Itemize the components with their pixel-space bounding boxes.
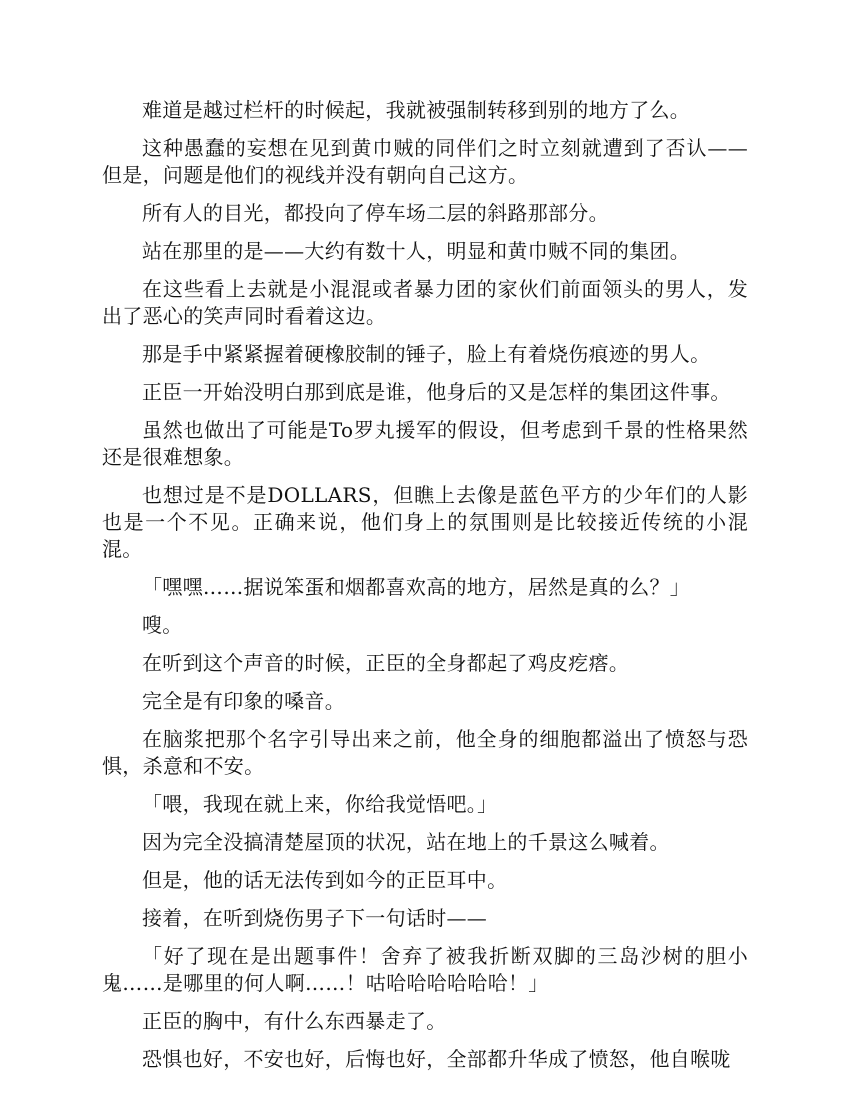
paragraph: 这种愚蠢的妄想在见到黄巾贼的同伴们之时立刻就遭到了否认——但是，问题是他们的视线… (102, 135, 748, 189)
paragraph: 难道是越过栏杆的时候起，我就被强制转移到别的地方了么。 (102, 97, 748, 124)
paragraph: 接着，在听到烧伤男子下一句话时—— (102, 905, 748, 932)
dialogue-paragraph: 「喂，我现在就上来，你给我觉悟吧。」 (102, 791, 748, 818)
paragraph: 因为完全没搞清楚屋顶的状况，站在地上的千景这么喊着。 (102, 829, 748, 856)
paragraph: 恐惧也好，不安也好，后悔也好，全部都升华成了愤怒，他自喉咙 (102, 1046, 748, 1073)
paragraph: 完全是有印象的嗓音。 (102, 688, 748, 715)
paragraph: 嗖。 (102, 612, 748, 639)
dialogue-paragraph: 「嘿嘿……据说笨蛋和烟都喜欢高的地方，居然是真的么？」 (102, 574, 748, 601)
paragraph: 在脑浆把那个名字引导出来之前，他全身的细胞都溢出了愤怒与恐惧，杀意和不安。 (102, 726, 748, 780)
paragraph: 那是手中紧紧握着硬橡胶制的锤子，脸上有着烧伤痕迹的男人。 (102, 341, 748, 368)
dialogue-paragraph: 「好了现在是出题事件！舍弃了被我折断双脚的三岛沙树的胆小鬼……是哪里的何人啊……… (102, 943, 748, 997)
paragraph: 虽然也做出了可能是To罗丸援军的假设，但考虑到千景的性格果然还是很难想象。 (102, 417, 748, 471)
paragraph: 在听到这个声音的时候，正臣的全身都起了鸡皮疙瘩。 (102, 650, 748, 677)
paragraph: 在这些看上去就是小混混或者暴力团的家伙们前面领头的男人，发出了恶心的笑声同时看着… (102, 276, 748, 330)
paragraph: 但是，他的话无法传到如今的正臣耳中。 (102, 867, 748, 894)
paragraph: 也想过是不是DOLLARS，但瞧上去像是蓝色平方的少年们的人影也是一个不见。正确… (102, 482, 748, 563)
paragraph: 正臣的胸中，有什么东西暴走了。 (102, 1008, 748, 1035)
paragraph: 正臣一开始没明白那到底是谁，他身后的又是怎样的集团这件事。 (102, 379, 748, 406)
document-page: 难道是越过栏杆的时候起，我就被强制转移到别的地方了么。 这种愚蠢的妄想在见到黄巾… (102, 97, 748, 1084)
paragraph: 所有人的目光，都投向了停车场二层的斜路那部分。 (102, 200, 748, 227)
paragraph: 站在那里的是——大约有数十人，明显和黄巾贼不同的集团。 (102, 238, 748, 265)
